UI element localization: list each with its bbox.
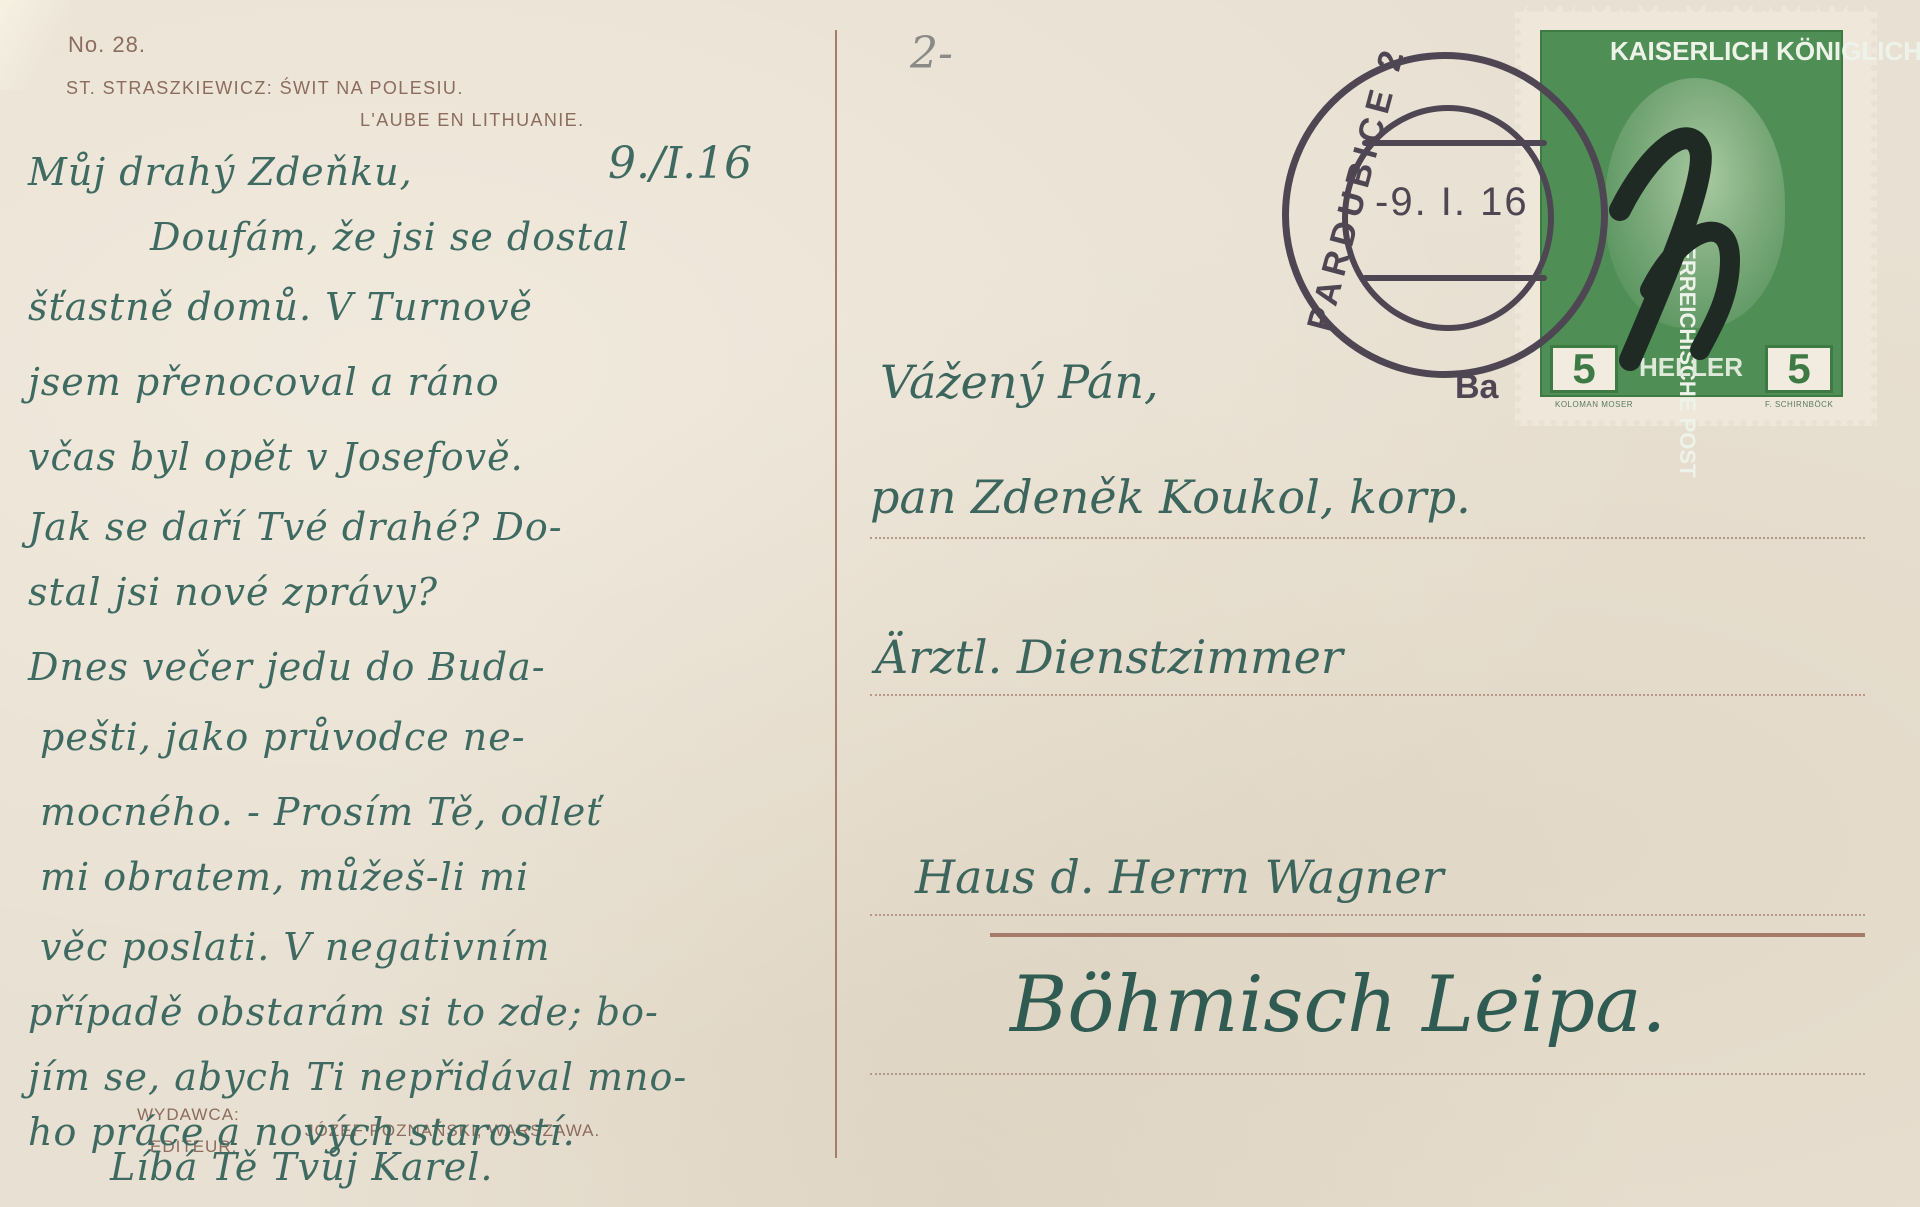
message-date: 9./I.16 (608, 138, 752, 189)
pen-cancel-mark-icon (1580, 90, 1780, 380)
message-line: jsem přenocoval a ráno (28, 360, 500, 404)
stamp-credit-engraver: F. SCHIRNBÖCK (1765, 400, 1833, 409)
pencil-note: 2- (910, 28, 953, 79)
stamp-credit-designer: KOLOMAN MOSER (1555, 400, 1633, 409)
address-recipient: pan Zdeněk Koukol, korp. (870, 470, 1471, 524)
message-line: mocného. - Prosím Tě, odleť (40, 790, 602, 834)
message-line: Doufám, že jsi se dostal (150, 215, 630, 259)
message-line: stal jsi nové zprávy? (28, 570, 438, 614)
message-signature: Líbá Tě Tvůj Karel. (110, 1145, 494, 1189)
address-rule-1 (870, 537, 1865, 539)
postmark-sub: Ba (1455, 368, 1498, 407)
address-salutation: Vážený Pán, (880, 355, 1159, 409)
address-rule-4 (870, 1073, 1865, 1075)
address-house: Haus d. Herrn Wagner (915, 850, 1444, 904)
address-underline (990, 933, 1865, 937)
card-number: No. 28. (68, 32, 146, 58)
postmark-bar-top (1362, 140, 1547, 146)
message-line: včas byl opět v Josefově. (28, 435, 524, 479)
message-line: případě obstarám si to zde; bo- (28, 990, 659, 1034)
postcard-back: No. 28. ST. STRASZKIEWICZ: ŚWIT NA POLES… (0, 0, 1920, 1207)
postmark-bar-bottom (1362, 275, 1547, 281)
message-line: pešti, jako průvodce ne- (40, 715, 526, 759)
address-office: Ärztl. Dienstzimmer (875, 630, 1343, 684)
message-line: věc poslati. V negativním (40, 925, 550, 969)
center-divider (835, 30, 837, 1158)
address-rule-2 (870, 694, 1865, 696)
message-line: Jak se daří Tvé drahé? Do- (28, 505, 563, 549)
address-town: Böhmisch Leipa. (1010, 960, 1666, 1050)
artwork-title-polish: ST. STRASZKIEWICZ: ŚWIT NA POLESIU. (66, 78, 464, 99)
stamp-text-top: KAISERLICH KÖNIGLICHE (1610, 36, 1920, 67)
artwork-title-french: L'AUBE EN LITHUANIE. (360, 110, 585, 131)
message-line: jím se, abych Ti nepřidával mno- (28, 1055, 687, 1099)
message-line: šťastně domů. V Turnově (28, 285, 533, 329)
message-line: Můj drahý Zdeňku, (28, 150, 413, 194)
message-line: Dnes večer jedu do Buda- (28, 645, 546, 689)
postmark-date: -9. I. 16 (1375, 180, 1529, 225)
message-line: mi obratem, můžeš-li mi (40, 855, 529, 899)
address-rule-3 (870, 914, 1865, 916)
paper-crease (0, 0, 70, 90)
